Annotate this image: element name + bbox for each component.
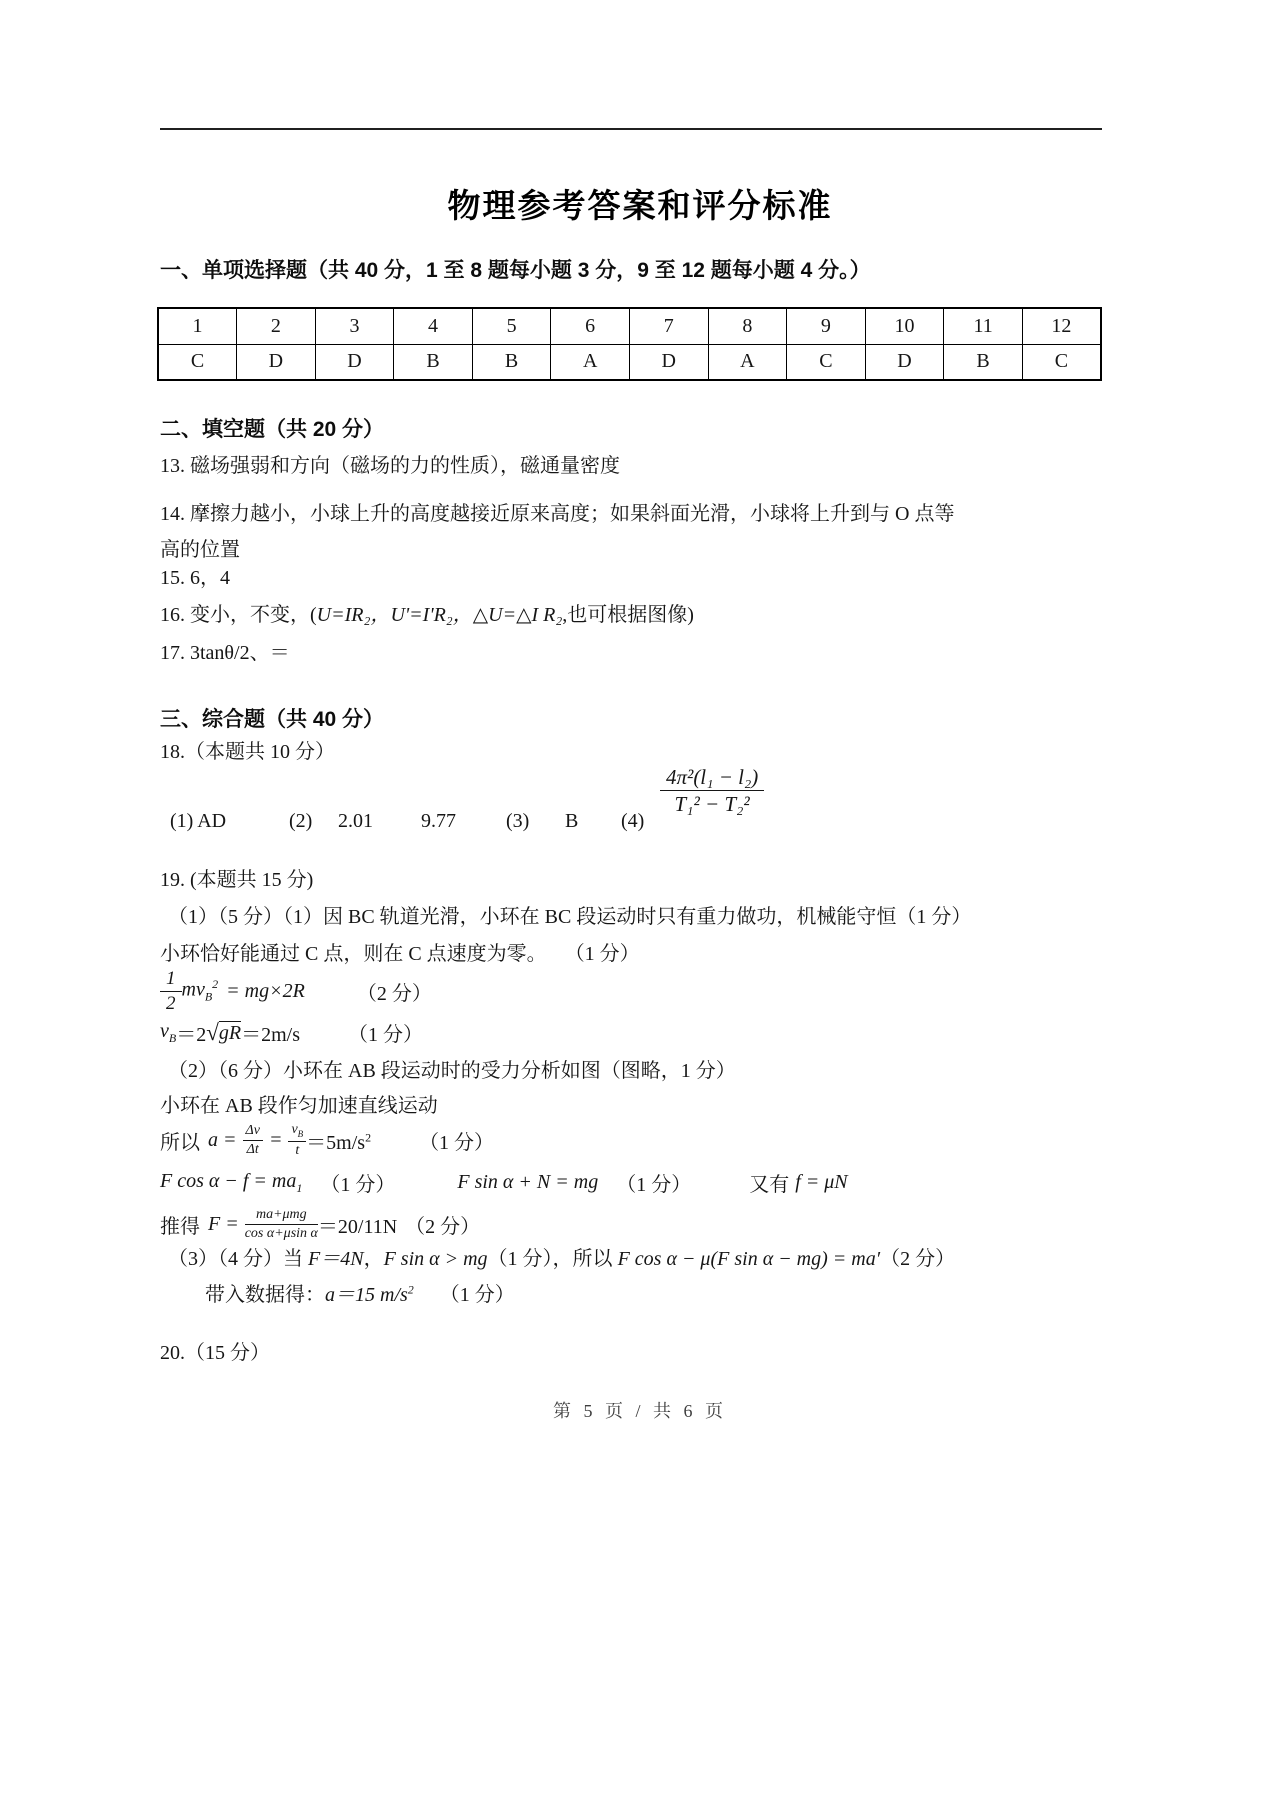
score-2pt: （2 分） bbox=[357, 977, 432, 1006]
equation-rhs: ＝2m/s bbox=[241, 1018, 300, 1047]
item-19-line2-text: 小环恰好能通过 C 点，则在 C 点速度为零。 bbox=[160, 943, 547, 965]
fraction-numerator: 4π²(l₁ − l₂) bbox=[660, 765, 764, 791]
score-2pt: （2 分） bbox=[405, 1210, 480, 1239]
item-19-line2: 小环恰好能通过 C 点，则在 C 点速度为零。（1 分） bbox=[160, 941, 640, 967]
equation-rhs: ＝5m/s2 bbox=[306, 1126, 371, 1155]
item-17: 17. 3tanθ/2、＝ bbox=[160, 640, 290, 666]
table-cell: D bbox=[237, 344, 316, 380]
table-cell: 1 bbox=[158, 308, 237, 344]
header-rule bbox=[160, 128, 1102, 130]
table-cell: D bbox=[315, 344, 394, 380]
table-cell: B bbox=[394, 344, 473, 380]
document-page: 物理参考答案和评分标准 一、单项选择题（共 40 分，1 至 8 题每小题 3 … bbox=[0, 0, 1280, 1810]
equation-term: mvB2 bbox=[182, 977, 219, 1005]
item-16: 16. 变小，不变，(U=IR₂，U'=I'R₂，△U=△I R₂,也可根据图像… bbox=[160, 602, 694, 628]
item-19-part3: （3）（4 分）当 F＝4N，F sin α > mg（1 分），所以 F co… bbox=[168, 1246, 955, 1272]
page-footer: 第 5 页 / 共 6 页 bbox=[0, 1397, 1280, 1423]
table-cell: 2 bbox=[237, 308, 316, 344]
item-18-answer-3-value: B bbox=[565, 808, 578, 834]
equals: = bbox=[269, 1129, 283, 1152]
table-cell: 7 bbox=[629, 308, 708, 344]
part3-math2: F sin α > mg bbox=[384, 1248, 488, 1270]
prefix-suoyi: 所以 bbox=[160, 1126, 200, 1155]
prefix-youyou: 又有 bbox=[749, 1168, 789, 1197]
item-19-substitute: 带入数据得：a＝15 m/s2（1 分） bbox=[205, 1282, 515, 1308]
prefix-tuide: 推得 bbox=[160, 1210, 200, 1239]
fraction-denominator: 2 bbox=[160, 992, 182, 1015]
item-18-answer-2-value1: 2.01 bbox=[338, 808, 373, 834]
section1-heading: 一、单项选择题（共 40 分，1 至 8 题每小题 3 分，9 至 12 题每小… bbox=[160, 254, 871, 284]
equation-forces-row: F cos α − f = ma1 （1 分） F sin α + N = mg… bbox=[160, 1168, 848, 1197]
subscript-B: B bbox=[169, 1031, 176, 1045]
score-1pt: （1 分） bbox=[616, 1168, 691, 1197]
equation-fsin: F sin α + N = mg bbox=[457, 1171, 598, 1194]
table-cell: A bbox=[708, 344, 787, 380]
superscript-2: 2 bbox=[365, 1130, 371, 1144]
table-cell: D bbox=[629, 344, 708, 380]
lhs-a: a = bbox=[208, 1129, 237, 1152]
fraction-force: ma+μmg cos α+μsin α bbox=[245, 1207, 318, 1241]
velocity-symbol: vB bbox=[160, 1020, 176, 1046]
section2-heading: 二、填空题（共 20 分） bbox=[160, 413, 384, 443]
answer-table: 1 2 3 4 5 6 7 8 9 10 11 12 C D D B B A D… bbox=[157, 307, 1102, 381]
part3-math3: F cos α − μ(F sin α − mg) = ma′ bbox=[618, 1248, 881, 1270]
table-row-numbers: 1 2 3 4 5 6 7 8 9 10 11 12 bbox=[158, 308, 1101, 344]
part3-text3: （1 分），所以 bbox=[488, 1248, 618, 1270]
equation-rhs: = mg×2R bbox=[226, 980, 305, 1003]
substitute-text: 带入数据得： bbox=[205, 1284, 325, 1306]
fraction-dv-dt: Δv Δt bbox=[243, 1123, 263, 1157]
lhs-F: F = bbox=[208, 1213, 239, 1236]
item-18-answer-3-label: (3) bbox=[506, 808, 529, 834]
score-1pt: （1 分） bbox=[440, 1284, 515, 1306]
fraction-numerator: 1 bbox=[160, 968, 182, 992]
equation-acceleration: 所以 a = Δv Δt = vB t ＝5m/s2 （1 分） bbox=[160, 1120, 494, 1160]
table-cell: 6 bbox=[551, 308, 630, 344]
item-19-line1: （1）（5 分）（1）因 BC 轨道光滑，小环在 BC 段运动时只有重力做功，机… bbox=[168, 904, 971, 930]
item-16-prefix: 16. 变小，不变，( bbox=[160, 604, 317, 626]
page-title: 物理参考答案和评分标准 bbox=[0, 180, 1280, 227]
equation-friction: f = μN bbox=[795, 1171, 847, 1194]
score-1pt: （1 分） bbox=[419, 1126, 494, 1155]
item-19-label: 19. (本题共 15 分) bbox=[160, 867, 313, 893]
score-1pt: （1 分） bbox=[575, 943, 640, 965]
table-cell: 8 bbox=[708, 308, 787, 344]
score-1pt: （1 分） bbox=[348, 1018, 423, 1047]
table-cell: C bbox=[1022, 344, 1101, 380]
subscript-B: B bbox=[205, 990, 212, 1004]
score-2pt: （2 分） bbox=[880, 1248, 955, 1270]
table-cell: 10 bbox=[865, 308, 944, 344]
table-cell: A bbox=[551, 344, 630, 380]
item-18-answer-2-value2: 9.77 bbox=[421, 808, 456, 834]
item-18-answer-1: (1) AD bbox=[170, 808, 226, 834]
table-cell: 3 bbox=[315, 308, 394, 344]
score-1pt: （1 分） bbox=[320, 1168, 395, 1197]
table-cell: 9 bbox=[787, 308, 866, 344]
item-19-line3: （2）（6 分）小环在 AB 段运动时的受力分析如图（图略，1 分） bbox=[168, 1058, 736, 1084]
radical-sign: √ bbox=[206, 1020, 219, 1046]
item-19-line4: 小环在 AB 段作匀加速直线运动 bbox=[160, 1093, 438, 1119]
table-cell: 12 bbox=[1022, 308, 1101, 344]
item-18-label: 18.（本题共 10 分） bbox=[160, 739, 335, 765]
table-row-answers: C D D B B A D A C D B C bbox=[158, 344, 1101, 380]
subscript-B: B bbox=[298, 1129, 304, 1139]
equation-fcos: F cos α − f = ma1 bbox=[160, 1170, 302, 1196]
table-cell: D bbox=[865, 344, 944, 380]
equals-2: ＝2 bbox=[176, 1018, 206, 1047]
superscript-2: 2 bbox=[408, 1282, 414, 1296]
item-20-label: 20.（15 分） bbox=[160, 1340, 270, 1366]
item-18-formula-fraction: 4π²(l₁ − l₂) T₁² − T₂² bbox=[660, 765, 764, 816]
equation-energy-conservation: 1 2 mvB2 = mg×2R （2 分） bbox=[160, 966, 432, 1016]
equation-vb: vB ＝2 √gR ＝2m/s （1 分） bbox=[160, 1018, 423, 1047]
item-16-formula: U=IR₂，U'=I'R₂，△U=△I R₂ bbox=[317, 604, 563, 626]
table-cell: B bbox=[472, 344, 551, 380]
substitute-math: a＝15 m/s2 bbox=[325, 1284, 414, 1306]
item-13: 13. 磁场强弱和方向（磁场的力的性质），磁通量密度 bbox=[160, 453, 620, 479]
fraction-one-half: 1 2 bbox=[160, 968, 182, 1015]
table-cell: 11 bbox=[944, 308, 1023, 344]
radicand: gR bbox=[219, 1021, 241, 1045]
part3-math1: F＝4N bbox=[308, 1248, 364, 1270]
equation-rhs: ＝20/11N bbox=[318, 1210, 397, 1239]
item-15: 15. 6，4 bbox=[160, 565, 230, 591]
table-cell: C bbox=[158, 344, 237, 380]
fraction-denominator: T₁² − T₂² bbox=[660, 791, 764, 816]
subscript-1: 1 bbox=[296, 1181, 302, 1195]
table-cell: 5 bbox=[472, 308, 551, 344]
item-14-line2: 高的位置 bbox=[160, 537, 240, 563]
table-cell: 4 bbox=[394, 308, 473, 344]
section3-heading: 三、综合题（共 40 分） bbox=[160, 703, 384, 733]
part3-text1: （3）（4 分）当 bbox=[168, 1248, 308, 1270]
item-18-answer-2-label: (2) bbox=[289, 808, 312, 834]
item-16-suffix: ,也可根据图像) bbox=[562, 604, 694, 626]
item-18-answer-4-label: (4) bbox=[621, 808, 644, 834]
part3-text2: ， bbox=[364, 1248, 384, 1270]
item-14-line1: 14. 摩擦力越小，小球上升的高度越接近原来高度；如果斜面光滑，小球将上升到与 … bbox=[160, 501, 954, 527]
table-cell: C bbox=[787, 344, 866, 380]
table-cell: B bbox=[944, 344, 1023, 380]
superscript-2: 2 bbox=[212, 977, 218, 991]
equation-force-result: 推得 F = ma+μmg cos α+μsin α ＝20/11N （2 分） bbox=[160, 1198, 480, 1250]
fraction-vb-t: vB t bbox=[288, 1122, 306, 1158]
